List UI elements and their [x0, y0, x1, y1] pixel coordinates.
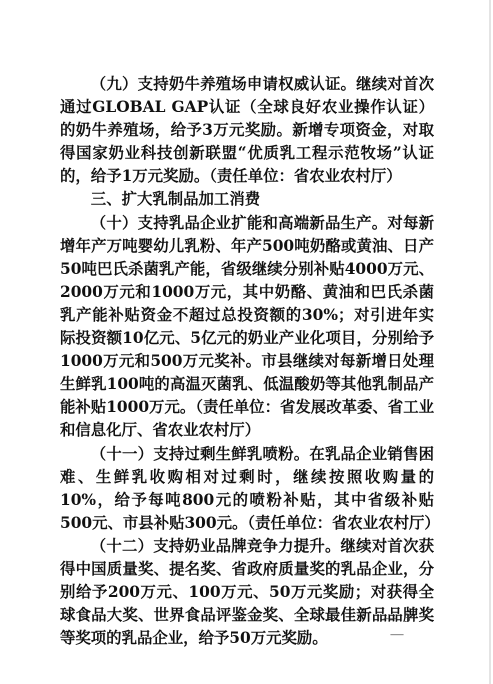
document-page: （九）支持奶牛养殖场申请权威认证。继续对首次通过GLOBAL GAP认证（全球良…: [0, 0, 491, 684]
paragraph-item-10: （十）支持乳品企业扩能和高端新品生产。对每新增年产万吨婴幼儿乳粉、年产500吨奶…: [60, 212, 434, 443]
section-heading-3: 三、扩大乳制品加工消费: [60, 188, 434, 211]
paragraph-item-9: （九）支持奶牛养殖场申请权威认证。继续对首次通过GLOBAL GAP认证（全球良…: [60, 73, 434, 188]
document-body: （九）支持奶牛养殖场申请权威认证。继续对首次通过GLOBAL GAP认证（全球良…: [60, 73, 434, 650]
paragraph-item-11: （十一）支持过剩生鲜乳喷粉。在乳品企业销售困难、生鲜乳收购相对过剩时，继续按照收…: [60, 443, 434, 535]
page-number: — 3 —: [374, 610, 422, 642]
